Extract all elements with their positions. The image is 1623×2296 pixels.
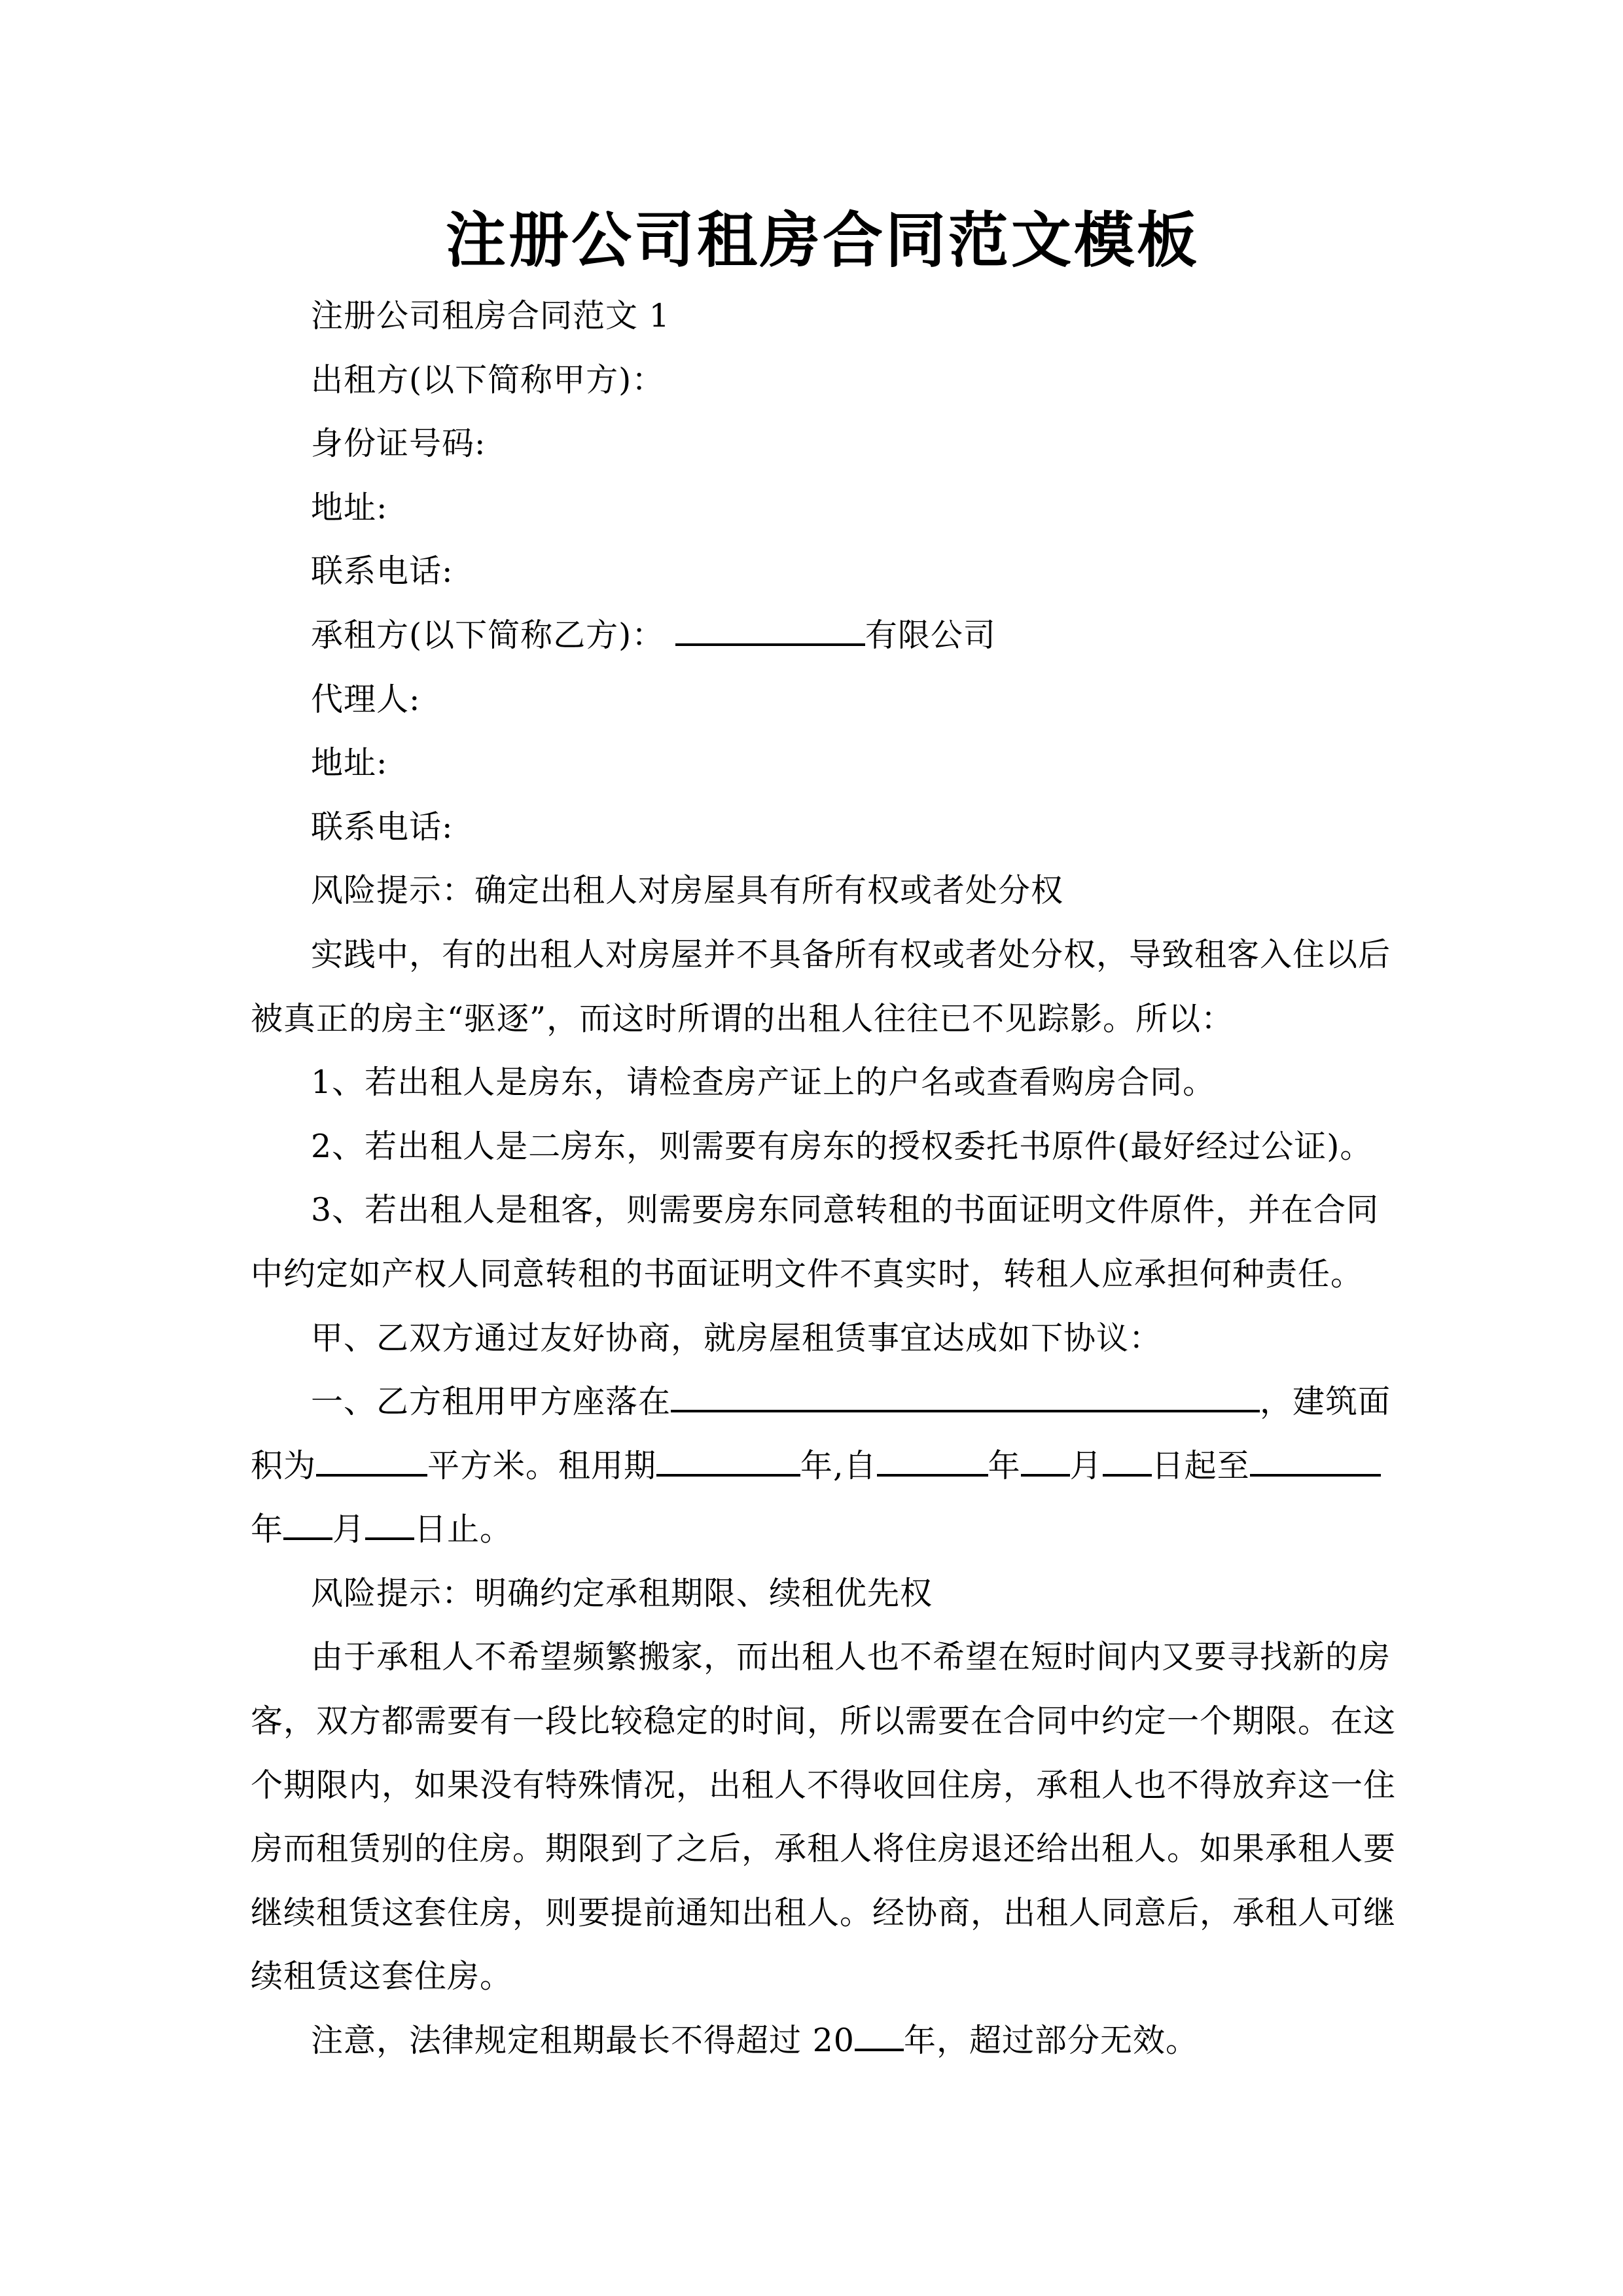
text-segment: 被真正的房主“驱逐”，而这时所谓的出租人往往已不见踪影。所以： [251, 1000, 1234, 1037]
fill-in-blank [671, 1382, 1260, 1413]
document-line: 风险提示：确定出租人对房屋具有所有权或者处分权 [251, 859, 1395, 923]
text-segment: 风险提示：明确约定承租期限、续租优先权 [311, 1575, 933, 1612]
document-line: 3、若出租人是租客，则需要房东同意转租的书面证明文件原件，并在合同 [251, 1178, 1395, 1242]
document-line: 联系电话: [251, 795, 1395, 859]
text-segment: 承租方(以下简称乙方)： [311, 617, 675, 654]
text-segment: 联系电话: [311, 808, 454, 846]
text-segment: 出租方(以下简称甲方)： [311, 361, 664, 399]
text-segment: ，建筑面 [1260, 1383, 1391, 1420]
text-segment: 3、若出租人是租客，则需要房东同意转租的书面证明文件原件，并在合同 [311, 1191, 1379, 1229]
text-segment: 实践中，有的出租人对房屋并不具备所有权或者处分权，导致租客入住以后 [311, 936, 1391, 973]
document-line: 代理人: [251, 668, 1395, 732]
document-line: 客，双方都需要有一段比较稳定的时间，所以需要在合同中约定一个期限。在这 [251, 1689, 1395, 1753]
text-segment: 代理人: [311, 681, 421, 718]
document-line: 承租方(以下简称乙方)： 有限公司 [251, 603, 1395, 668]
document-line: 地址: [251, 731, 1395, 795]
document-line: 年月日止。 [251, 1498, 1395, 1562]
text-segment: 年 [251, 1511, 283, 1548]
text-segment: 地址: [311, 489, 388, 526]
text-segment: 由于承租人不希望频繁搬家，而出租人也不希望在短时间内又要寻找新的房 [311, 1638, 1391, 1676]
fill-in-blank [1021, 1446, 1070, 1477]
document-line: 房而租赁别的住房。期限到了之后，承租人将住房退还给出租人。如果承租人要 [251, 1817, 1395, 1881]
document-line: 出租方(以下简称甲方)： [251, 348, 1395, 412]
document-line: 1、若出租人是房东，请检查房产证上的户名或查看购房合同。 [251, 1050, 1395, 1115]
text-segment: 月 [332, 1511, 365, 1548]
fill-in-blank [365, 1510, 414, 1541]
document-line: 2、若出租人是二房东，则需要有房东的授权委托书原件(最好经过公证)。 [251, 1115, 1395, 1179]
text-segment: 续租赁这套住房。 [251, 1958, 512, 1995]
fill-in-blank [675, 615, 865, 646]
document-line: 联系电话: [251, 539, 1395, 603]
text-segment: 有限公司 [865, 617, 996, 654]
text-segment: 平方米。租用期 [427, 1447, 656, 1484]
text-segment: 个期限内，如果没有特殊情况，出租人不得收回住房，承租人也不得放弃这一住 [251, 1767, 1396, 1804]
document-line: 由于承租人不希望频繁搬家，而出租人也不希望在短时间内又要寻找新的房 [251, 1625, 1395, 1689]
fill-in-blank [877, 1446, 988, 1477]
document-line: 积为平方米。租用期年,自年月日起至 [251, 1434, 1395, 1498]
document-line: 一、乙方租用甲方座落在，建筑面 [251, 1370, 1395, 1434]
text-segment: 继续租赁这套住房，则要提前通知出租人。经协商，出租人同意后，承租人可继 [251, 1894, 1396, 1931]
text-segment: 地址: [311, 744, 388, 781]
document-body: 注册公司租房合同范文 1出租方(以下简称甲方)：身份证号码:地址:联系电话:承租… [251, 284, 1395, 2073]
text-segment: 一、乙方租用甲方座落在 [311, 1383, 671, 1420]
text-segment: 年，超过部分无效。 [904, 2022, 1198, 2059]
document-line: 中约定如产权人同意转租的书面证明文件不真实时，转租人应承担何种责任。 [251, 1242, 1395, 1306]
fill-in-blank [855, 2020, 904, 2051]
text-segment: 月 [1070, 1447, 1103, 1484]
document-line: 个期限内，如果没有特殊情况，出租人不得收回住房，承租人也不得放弃这一住 [251, 1753, 1395, 1818]
text-segment: 日止。 [414, 1511, 512, 1548]
text-segment: 甲、乙双方通过友好协商，就房屋租赁事宜达成如下协议： [311, 1319, 1162, 1357]
document-line: 甲、乙双方通过友好协商，就房屋租赁事宜达成如下协议： [251, 1306, 1395, 1371]
document-page: 注册公司租房合同范文模板 注册公司租房合同范文 1出租方(以下简称甲方)：身份证… [0, 0, 1623, 2296]
document-line: 续租赁这套住房。 [251, 1945, 1395, 2009]
text-segment: 联系电话: [311, 552, 454, 590]
text-segment: 注意，法律规定租期最长不得超过 20 [311, 2022, 855, 2059]
fill-in-blank [1103, 1446, 1152, 1477]
text-segment: 1、若出租人是房东，请检查房产证上的户名或查看购房合同。 [311, 1064, 1215, 1101]
text-segment: 房而租赁别的住房。期限到了之后，承租人将住房退还给出租人。如果承租人要 [251, 1830, 1396, 1867]
text-segment: 注册公司租房合同范文 1 [311, 297, 670, 334]
text-segment: 客，双方都需要有一段比较稳定的时间，所以需要在合同中约定一个期限。在这 [251, 1702, 1396, 1740]
document-line: 被真正的房主“驱逐”，而这时所谓的出租人往往已不见踪影。所以： [251, 987, 1395, 1051]
fill-in-blank [1250, 1446, 1381, 1477]
text-segment: 风险提示：确定出租人对房屋具有所有权或者处分权 [311, 872, 1063, 909]
document-line: 风险提示：明确约定承租期限、续租优先权 [251, 1562, 1395, 1626]
document-line: 注册公司租房合同范文 1 [251, 284, 1395, 348]
document-line: 身份证号码: [251, 412, 1395, 476]
fill-in-blank [316, 1446, 427, 1477]
document-title: 注册公司租房合同范文模板 [251, 204, 1395, 276]
document-line: 注意，法律规定租期最长不得超过 20年，超过部分无效。 [251, 2009, 1395, 2073]
fill-in-blank [283, 1510, 332, 1541]
text-segment: 2、若出租人是二房东，则需要有房东的授权委托书原件(最好经过公证)。 [311, 1128, 1372, 1165]
text-segment: 积为 [251, 1447, 316, 1484]
document-line: 地址: [251, 476, 1395, 540]
text-segment: 年,自 [800, 1447, 877, 1484]
contract-document: 注册公司租房合同范文模板 注册公司租房合同范文 1出租方(以下简称甲方)：身份证… [0, 0, 1623, 2073]
text-segment: 身份证号码: [311, 425, 486, 462]
text-segment: 中约定如产权人同意转租的书面证明文件不真实时，转租人应承担何种责任。 [251, 1255, 1363, 1293]
text-segment: 日起至 [1152, 1447, 1250, 1484]
document-line: 继续租赁这套住房，则要提前通知出租人。经协商，出租人同意后，承租人可继 [251, 1881, 1395, 1945]
text-segment: 年 [988, 1447, 1021, 1484]
fill-in-blank [656, 1446, 800, 1477]
document-line: 实践中，有的出租人对房屋并不具备所有权或者处分权，导致租客入住以后 [251, 923, 1395, 987]
